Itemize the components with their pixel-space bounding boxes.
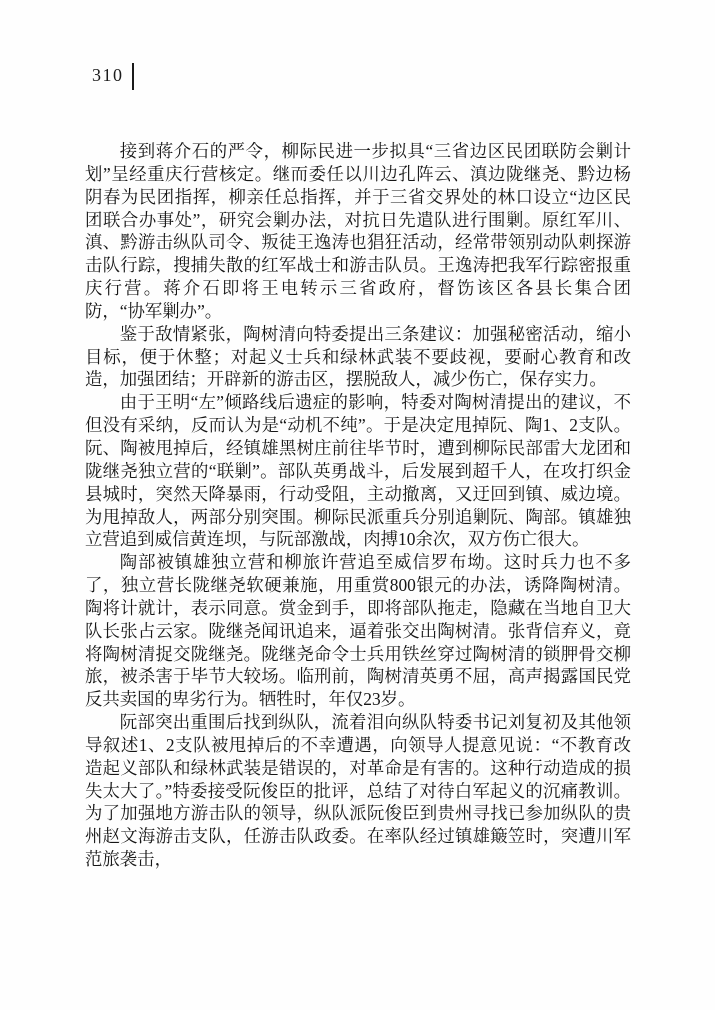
paragraph-2: 鉴于敌情紧张，陶树清向特委提出三条建议：加强秘密活动，缩小目标，便于休整；对起义…	[85, 323, 631, 392]
paragraph-4: 陶部被镇雄独立营和柳旅许营追至威信罗布坳。这时兵力也不多了，独立营长陇继尧软硬兼…	[85, 551, 631, 711]
paragraph-3: 由于王明“左”倾路线后遗症的影响，特委对陶树清提出的建议，不但没有采纳，反而认为…	[85, 391, 631, 551]
page-header: 310	[92, 62, 134, 90]
paragraph-1: 接到蒋介石的严令，柳际民进一步拟具“三省边区民团联防会剿计划”呈经重庆行营核定。…	[85, 140, 631, 323]
body-text: 接到蒋介石的严令，柳际民进一步拟具“三省边区民团联防会剿计划”呈经重庆行营核定。…	[85, 140, 631, 871]
paragraph-5: 阮部突出重围后找到纵队，流着泪向纵队特委书记刘复初及其他领导叙述1、2支队被甩掉…	[85, 711, 631, 871]
book-page: 310 接到蒋介石的严令，柳际民进一步拟具“三省边区民团联防会剿计划”呈经重庆行…	[0, 0, 715, 1010]
page-number: 310	[92, 62, 124, 85]
folio-divider-bar	[132, 63, 135, 90]
